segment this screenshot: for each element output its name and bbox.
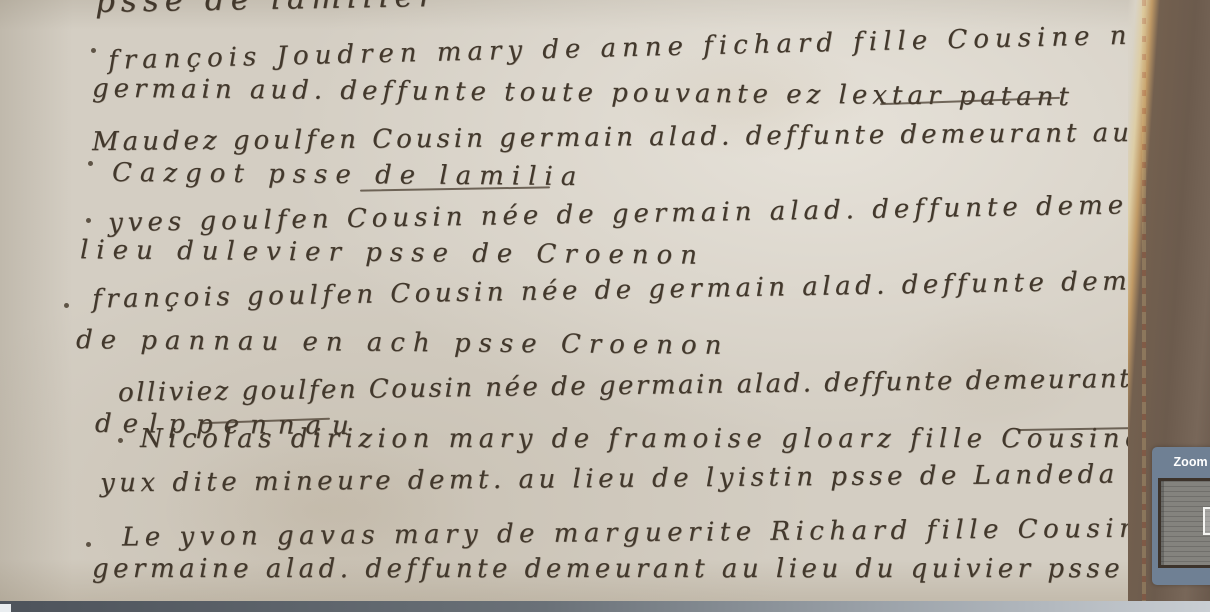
manuscript-line: germaine alad. deffunte demeurant au lie… xyxy=(92,556,1210,582)
manuscript-line: françois Joudren mary de anne fichard fi… xyxy=(108,20,1210,73)
manuscript-line: psse de lamilier xyxy=(95,0,440,18)
entry-marker-dot xyxy=(86,218,91,223)
entry-marker-dot xyxy=(86,542,91,547)
manuscript-photo[interactable]: psse de lamilier françois Joudren mary d… xyxy=(0,0,1210,601)
entry-marker-dot xyxy=(118,438,123,443)
entry-marker-dot xyxy=(91,48,96,53)
navigation-thumbnail[interactable] xyxy=(1158,478,1210,568)
manuscript-line: germain aud. deffunte toute pouvante ez … xyxy=(92,76,1074,111)
manuscript-line: yux dite mineure demt. au lieu de lyisti… xyxy=(100,462,1119,497)
zoom-panel: Zoom à xyxy=(1152,447,1210,585)
archive-viewer: psse de lamilier françois Joudren mary d… xyxy=(0,0,1210,612)
manuscript-line: Cazgot psse de lamilia xyxy=(112,160,585,190)
manuscript-line: Nicolas dirizion mary de framoise gloarz… xyxy=(140,426,1146,452)
manuscript-line: olliviez goulfen Cousin née de germain a… xyxy=(118,364,1210,406)
entry-marker-dot xyxy=(88,161,93,166)
manuscript-line: de pannau en ach psse Croenon xyxy=(76,327,730,359)
scroll-corner xyxy=(0,604,11,612)
page-background-strip xyxy=(0,601,1210,612)
manuscript-line: Le yvon gavas mary de marguerite Richard… xyxy=(122,515,1162,550)
manuscript-line: yves goulfen Cousin née de germain alad.… xyxy=(108,190,1210,236)
manuscript-line: lieu dulevier psse de Croenon xyxy=(80,237,705,268)
manuscript-line: françois goulfen Cousin née de germain a… xyxy=(92,266,1210,313)
zoom-panel-title: Zoom à xyxy=(1152,447,1210,469)
entry-marker-dot xyxy=(64,303,69,308)
manuscript-line: Maudez goulfen Cousin germain alad. deff… xyxy=(92,119,1210,155)
thumbnail-viewport-indicator[interactable] xyxy=(1203,507,1210,535)
